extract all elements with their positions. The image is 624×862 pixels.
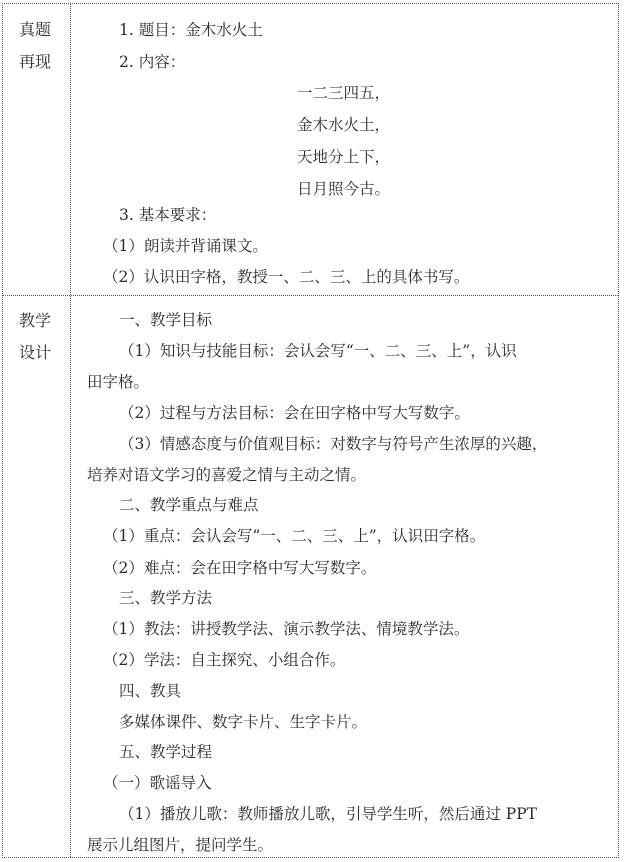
item-line: （2）难点：会在田字格中写大写数字。: [103, 558, 376, 578]
requirement-item: （1）朗读并背诵课文。: [103, 236, 268, 256]
poem-line: 天地分上下，: [297, 147, 390, 167]
section-exam-question: 真题 再现 1. 题目：金木水火土 2. 内容： 一二三四五， 金木水火土， 天…: [3, 4, 618, 296]
heading-line: 五、教学过程: [119, 742, 212, 762]
item-line: （2）学法：自主探究、小组合作。: [103, 650, 345, 670]
paragraph-line: （1）知识与技能目标：会认会写“一、二、三、上”，认识: [119, 341, 517, 361]
poem-line: 金木水火土，: [297, 115, 390, 135]
item-line: （1）教法：讲授教学法、演示教学法、情境教学法。: [103, 619, 469, 639]
paragraph-line: 田字格。: [87, 372, 149, 392]
label-line: 再现: [19, 46, 59, 78]
heading-line: 一、教学目标: [119, 310, 212, 330]
paragraph-line: （2）过程与方法目标：会在田字格中写大写数字。: [119, 403, 470, 423]
label-line: 设计: [19, 337, 59, 369]
item-line: （一）歌谣导入: [103, 773, 212, 793]
heading-line: 二、教学重点与难点: [119, 495, 259, 515]
paragraph-line: 培养对语文学习的喜爱之情与主动之情。: [87, 465, 366, 485]
topic-line: 1. 题目：金木水火土: [119, 20, 263, 40]
section-label: 真题 再现: [19, 14, 59, 78]
section-content-cell: 1. 题目：金木水火土 2. 内容： 一二三四五， 金木水火土， 天地分上下， …: [72, 4, 618, 295]
requirements-heading: 3. 基本要求：: [119, 205, 216, 225]
section-label: 教学 设计: [19, 305, 59, 369]
paragraph-line: （3）情感态度与价值观目标：对数字与符号产生浓厚的兴趣，: [119, 434, 547, 454]
paragraph-line: 多媒体课件、数字卡片、生字卡片。: [119, 712, 367, 732]
poem-line: 一二三四五，: [297, 83, 390, 103]
item-line: （1）重点：会认会写“一、二、三、上”，认识田字格。: [103, 526, 485, 546]
heading-line: 三、教学方法: [119, 588, 212, 608]
label-line: 真题: [19, 14, 59, 46]
lesson-table: 真题 再现 1. 题目：金木水火土 2. 内容： 一二三四五， 金木水火土， 天…: [2, 3, 619, 858]
section-label-cell: 教学 设计: [3, 296, 71, 857]
section-label-cell: 真题 再现: [3, 4, 71, 295]
section-teaching-design: 教学 设计 一、教学目标 （1）知识与技能目标：会认会写“一、二、三、上”，认识…: [3, 296, 618, 857]
paragraph-line: 展示儿组图片，提问学生。: [87, 835, 273, 855]
label-line: 教学: [19, 305, 59, 337]
requirement-item: （2）认识田字格，教授一、二、三、上的具体书写。: [103, 267, 469, 287]
content-heading: 2. 内容：: [119, 52, 185, 72]
heading-line: 四、教具: [119, 681, 181, 701]
poem-line: 日月照今古。: [297, 179, 390, 199]
paragraph-line: （1）播放儿歌：教师播放儿歌，引导学生听，然后通过 PPT: [119, 804, 537, 824]
section-content-cell: 一、教学目标 （1）知识与技能目标：会认会写“一、二、三、上”，认识 田字格。 …: [72, 296, 618, 857]
